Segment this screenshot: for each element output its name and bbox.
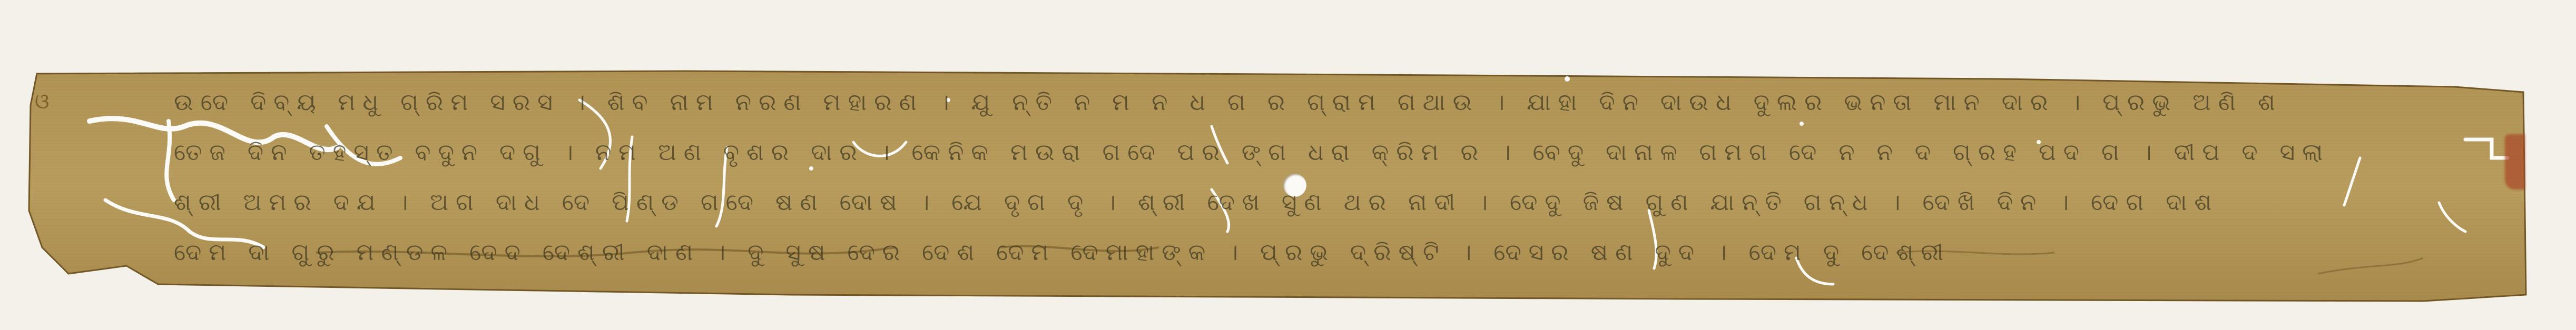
text-line-4: ଦେମ ଦା ଗୁରୁ ମଣ୍ଡଳ ଦେଦ ଦେଶ୍ରୀ ଦାଣ । ଦୁ ସୁ… <box>174 237 2455 268</box>
text-line-3: ଶ୍ରୀ ଅମର ଦଯ । ଅଗ ଦାଧ ଦେ ପିଣ୍ଡ ଗଦେ ଷଣ ଦୋଷ… <box>174 187 2455 218</box>
manuscript-text: ଉଦେ ଦିବ୍ୟ ମଧୁ ଗ୍ରିମ ସରସ । ଶିବ ନାମ ନରଣ ମହ… <box>174 87 2455 297</box>
manuscript-view: ଓ ଉଦେ ଦିବ୍ୟ ମଧୁ ଗ୍ରିମ ସରସ । ଶିବ ନାମ ନରଣ … <box>0 0 2576 330</box>
folio-mark: ଓ <box>35 89 50 114</box>
red-pigment-mark <box>2505 134 2525 189</box>
text-line-2: ତେଜ ଦିନ ତହସ୍ତ ବଦୁନ ଦଗୁ । ନମ ଅଣ ବୃଶର ଦାର … <box>174 137 2455 168</box>
text-line-1: ଉଦେ ଦିବ୍ୟ ମଧୁ ଗ୍ରିମ ସରସ । ଶିବ ନାମ ନରଣ ମହ… <box>174 87 2455 118</box>
